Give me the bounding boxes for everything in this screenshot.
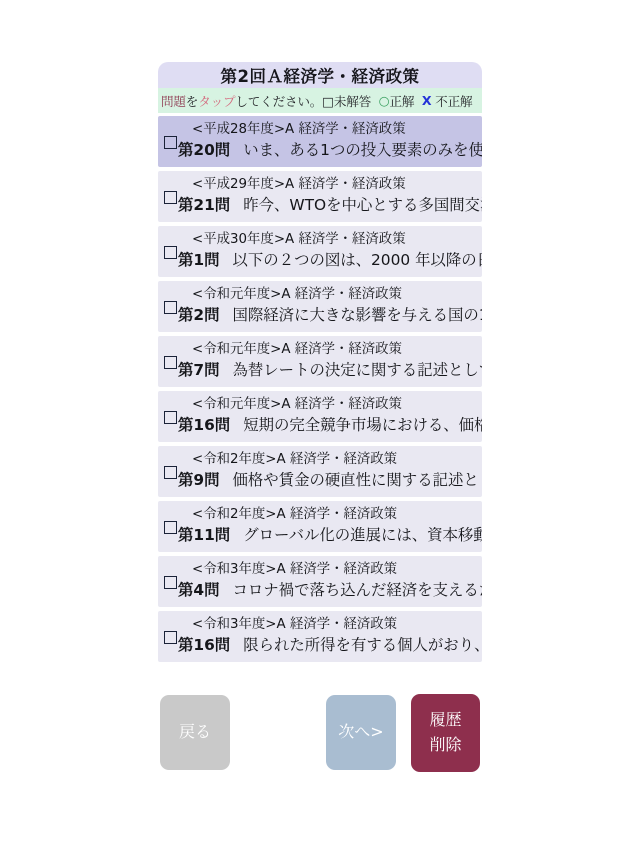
question-preview: 為替レートの決定に関する記述として、	[233, 361, 483, 379]
question-number: 第9問	[178, 471, 220, 489]
question-number: 第4問	[178, 581, 220, 599]
question-list-item[interactable]: <平成30年度>A 経済学・経済政策 第1問以下の２つの図は、2000 年以降の…	[158, 226, 482, 277]
quiz-page: 第2回Ａ経済学・経済政策 問題をタップしてください。□未解答 ○正解 X 不正解…	[0, 0, 643, 858]
legend-segment: 問題	[161, 91, 186, 110]
question-list-item[interactable]: <平成28年度>A 経済学・経済政策 第20問いま、ある1つの投入要素のみを使っ…	[158, 116, 482, 167]
legend-segment	[371, 93, 379, 108]
clear-history-button[interactable]: 履歴 削除	[411, 694, 480, 772]
question-preview: 国際経済に大きな影響を与える国の1つと	[233, 306, 483, 324]
unanswered-checkbox-icon	[164, 301, 177, 314]
legend-segment	[414, 93, 422, 108]
question-list: <平成28年度>A 経済学・経済政策 第20問いま、ある1つの投入要素のみを使っ…	[158, 116, 482, 662]
unanswered-checkbox-icon	[164, 631, 177, 644]
question-list-item[interactable]: <令和元年度>A 経済学・経済政策 第7問為替レートの決定に関する記述として、	[158, 336, 482, 387]
question-year-label: <令和2年度>A 経済学・経済政策	[192, 451, 482, 469]
question-number: 第16問	[178, 636, 230, 654]
question-preview: 短期の完全競争市場における、価格と	[243, 416, 482, 434]
question-preview: 以下の２つの図は、2000 年以降の日本経	[233, 251, 483, 269]
legend-segment: ○	[379, 93, 390, 108]
question-year-label: <令和3年度>A 経済学・経済政策	[192, 561, 482, 579]
unanswered-checkbox-icon	[164, 411, 177, 424]
back-button[interactable]: 戻る	[160, 695, 230, 770]
question-year-label: <平成30年度>A 経済学・経済政策	[192, 231, 482, 249]
next-button-label: 次へ>	[338, 720, 383, 745]
clear-history-label-line1: 履歴	[429, 708, 461, 733]
unanswered-checkbox-icon	[164, 576, 177, 589]
question-preview: 価格や賃金の硬直性に関する記述として	[233, 471, 483, 489]
question-preview: 昨今、WTOを中心とする多国間交渉は	[243, 196, 482, 214]
legend-segment: 不正解	[431, 91, 472, 110]
legend-segment: を	[186, 91, 198, 110]
question-year-label: <平成29年度>A 経済学・経済政策	[192, 176, 482, 194]
legend-segment: □未解答	[322, 91, 371, 110]
question-preview: いま、ある1つの投入要素のみを使って	[243, 141, 482, 159]
legend-segment: 正解	[389, 91, 414, 110]
unanswered-checkbox-icon	[164, 136, 177, 149]
question-list-item[interactable]: <令和元年度>A 経済学・経済政策 第16問短期の完全競争市場における、価格と	[158, 391, 482, 442]
question-number: 第21問	[178, 196, 230, 214]
question-list-item[interactable]: <令和3年度>A 経済学・経済政策 第4問コロナ禍で落ち込んだ経済を支えるため	[158, 556, 482, 607]
unanswered-checkbox-icon	[164, 191, 177, 204]
question-year-label: <令和3年度>A 経済学・経済政策	[192, 616, 482, 634]
legend-segment: してください。	[235, 91, 322, 110]
legend-bar: 問題をタップしてください。□未解答 ○正解 X 不正解	[158, 88, 482, 113]
next-button[interactable]: 次へ>	[326, 695, 396, 770]
question-list-item[interactable]: <令和2年度>A 経済学・経済政策 第9問価格や賃金の硬直性に関する記述として	[158, 446, 482, 497]
question-select-card: 第2回Ａ経済学・経済政策 問題をタップしてください。□未解答 ○正解 X 不正解…	[158, 62, 482, 666]
question-preview: グローバル化の進展には、資本移動と	[243, 526, 482, 544]
question-year-label: <平成28年度>A 経済学・経済政策	[192, 121, 482, 139]
legend-segment: X	[422, 93, 432, 108]
unanswered-checkbox-icon	[164, 356, 177, 369]
question-year-label: <令和元年度>A 経済学・経済政策	[192, 341, 482, 359]
question-number: 第7問	[178, 361, 220, 379]
question-number: 第20問	[178, 141, 230, 159]
question-preview: コロナ禍で落ち込んだ経済を支えるため	[233, 581, 483, 599]
unanswered-checkbox-icon	[164, 521, 177, 534]
question-year-label: <令和2年度>A 経済学・経済政策	[192, 506, 482, 524]
question-list-item[interactable]: <平成29年度>A 経済学・経済政策 第21問昨今、WTOを中心とする多国間交渉…	[158, 171, 482, 222]
question-preview: 限られた所得を有する個人がおり、X財	[243, 636, 482, 654]
page-title: 第2回Ａ経済学・経済政策	[158, 62, 482, 88]
question-year-label: <令和元年度>A 経済学・経済政策	[192, 286, 482, 304]
question-number: 第1問	[178, 251, 220, 269]
question-list-item[interactable]: <令和2年度>A 経済学・経済政策 第11問グローバル化の進展には、資本移動と	[158, 501, 482, 552]
question-number: 第16問	[178, 416, 230, 434]
unanswered-checkbox-icon	[164, 466, 177, 479]
clear-history-label-line2: 削除	[429, 733, 461, 758]
question-number: 第2問	[178, 306, 220, 324]
question-list-item[interactable]: <令和3年度>A 経済学・経済政策 第16問限られた所得を有する個人がおり、X財	[158, 611, 482, 662]
legend-segment: タップ	[198, 91, 235, 110]
back-button-label: 戻る	[179, 720, 211, 745]
question-list-item[interactable]: <令和元年度>A 経済学・経済政策 第2問国際経済に大きな影響を与える国の1つと	[158, 281, 482, 332]
question-number: 第11問	[178, 526, 230, 544]
unanswered-checkbox-icon	[164, 246, 177, 259]
question-year-label: <令和元年度>A 経済学・経済政策	[192, 396, 482, 414]
